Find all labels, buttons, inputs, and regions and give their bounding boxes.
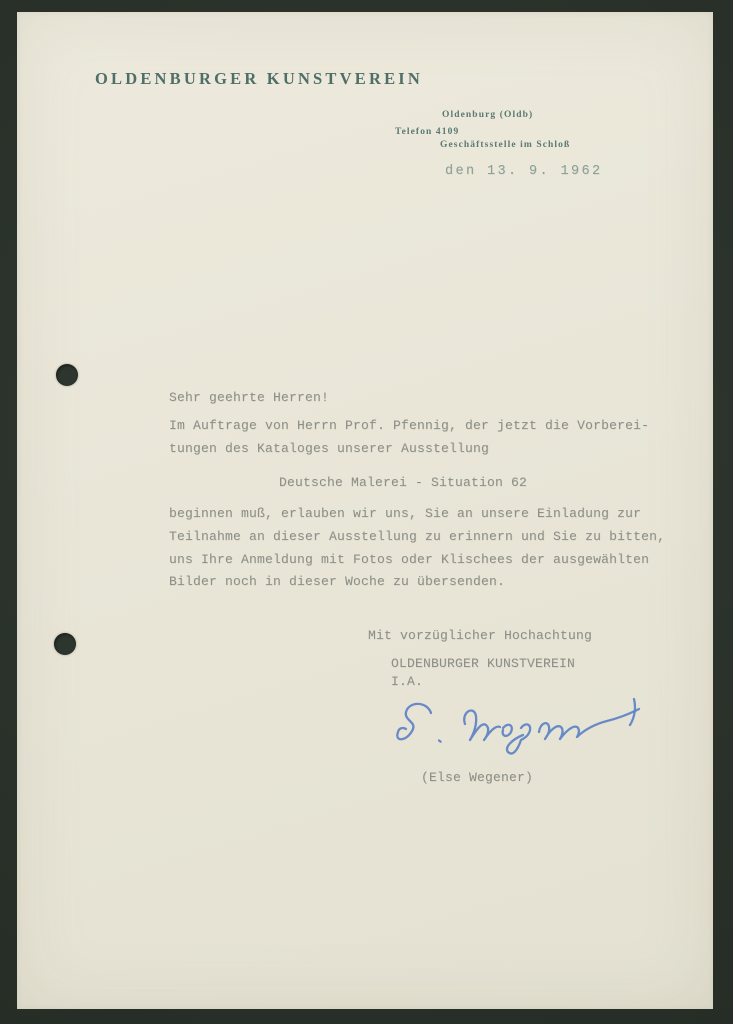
salutation: Sehr geehrte Herren! [169, 390, 329, 405]
date-line: den 13. 9. 1962 [445, 164, 603, 179]
paragraph1-line1: Im Auftrage von Herrn Prof. Pfennig, der… [169, 418, 649, 433]
handwritten-signature-icon [387, 692, 672, 767]
closing-initials: I.A. [391, 674, 423, 689]
typed-signer-name: (Else Wegener) [421, 770, 533, 785]
exhibition-title: Deutsche Malerei - Situation 62 [279, 475, 527, 490]
paragraph2-line1: beginnen muß, erlauben wir uns, Sie an u… [169, 506, 641, 521]
punch-hole-bottom [54, 633, 76, 655]
paragraph2-line2: Teilnahme an dieser Ausstellung zu erinn… [169, 529, 665, 544]
paragraph2-line4: Bilder noch in dieser Woche zu übersende… [169, 574, 505, 589]
punch-hole-top [56, 364, 78, 386]
letterhead-org-name: OLDENBURGER KUNSTVEREIN [95, 69, 423, 89]
letterhead-office: Geschäftsstelle im Schloß [440, 140, 570, 150]
paragraph1-line2: tungen des Kataloges unserer Ausstellung [169, 441, 489, 456]
closing-org: OLDENBURGER KUNSTVEREIN [391, 656, 575, 671]
letterhead-phone: Telefon 4109 [395, 127, 459, 137]
paragraph2-line3: uns Ihre Anmeldung mit Fotos oder Klisch… [169, 552, 649, 567]
closing-regards: Mit vorzüglicher Hochachtung [368, 628, 592, 643]
letter-paper: OLDENBURGER KUNSTVEREIN Oldenburg (Oldb)… [17, 12, 713, 1009]
scanned-letter: OLDENBURGER KUNSTVEREIN Oldenburg (Oldb)… [0, 0, 733, 1024]
letterhead-city: Oldenburg (Oldb) [442, 110, 533, 120]
